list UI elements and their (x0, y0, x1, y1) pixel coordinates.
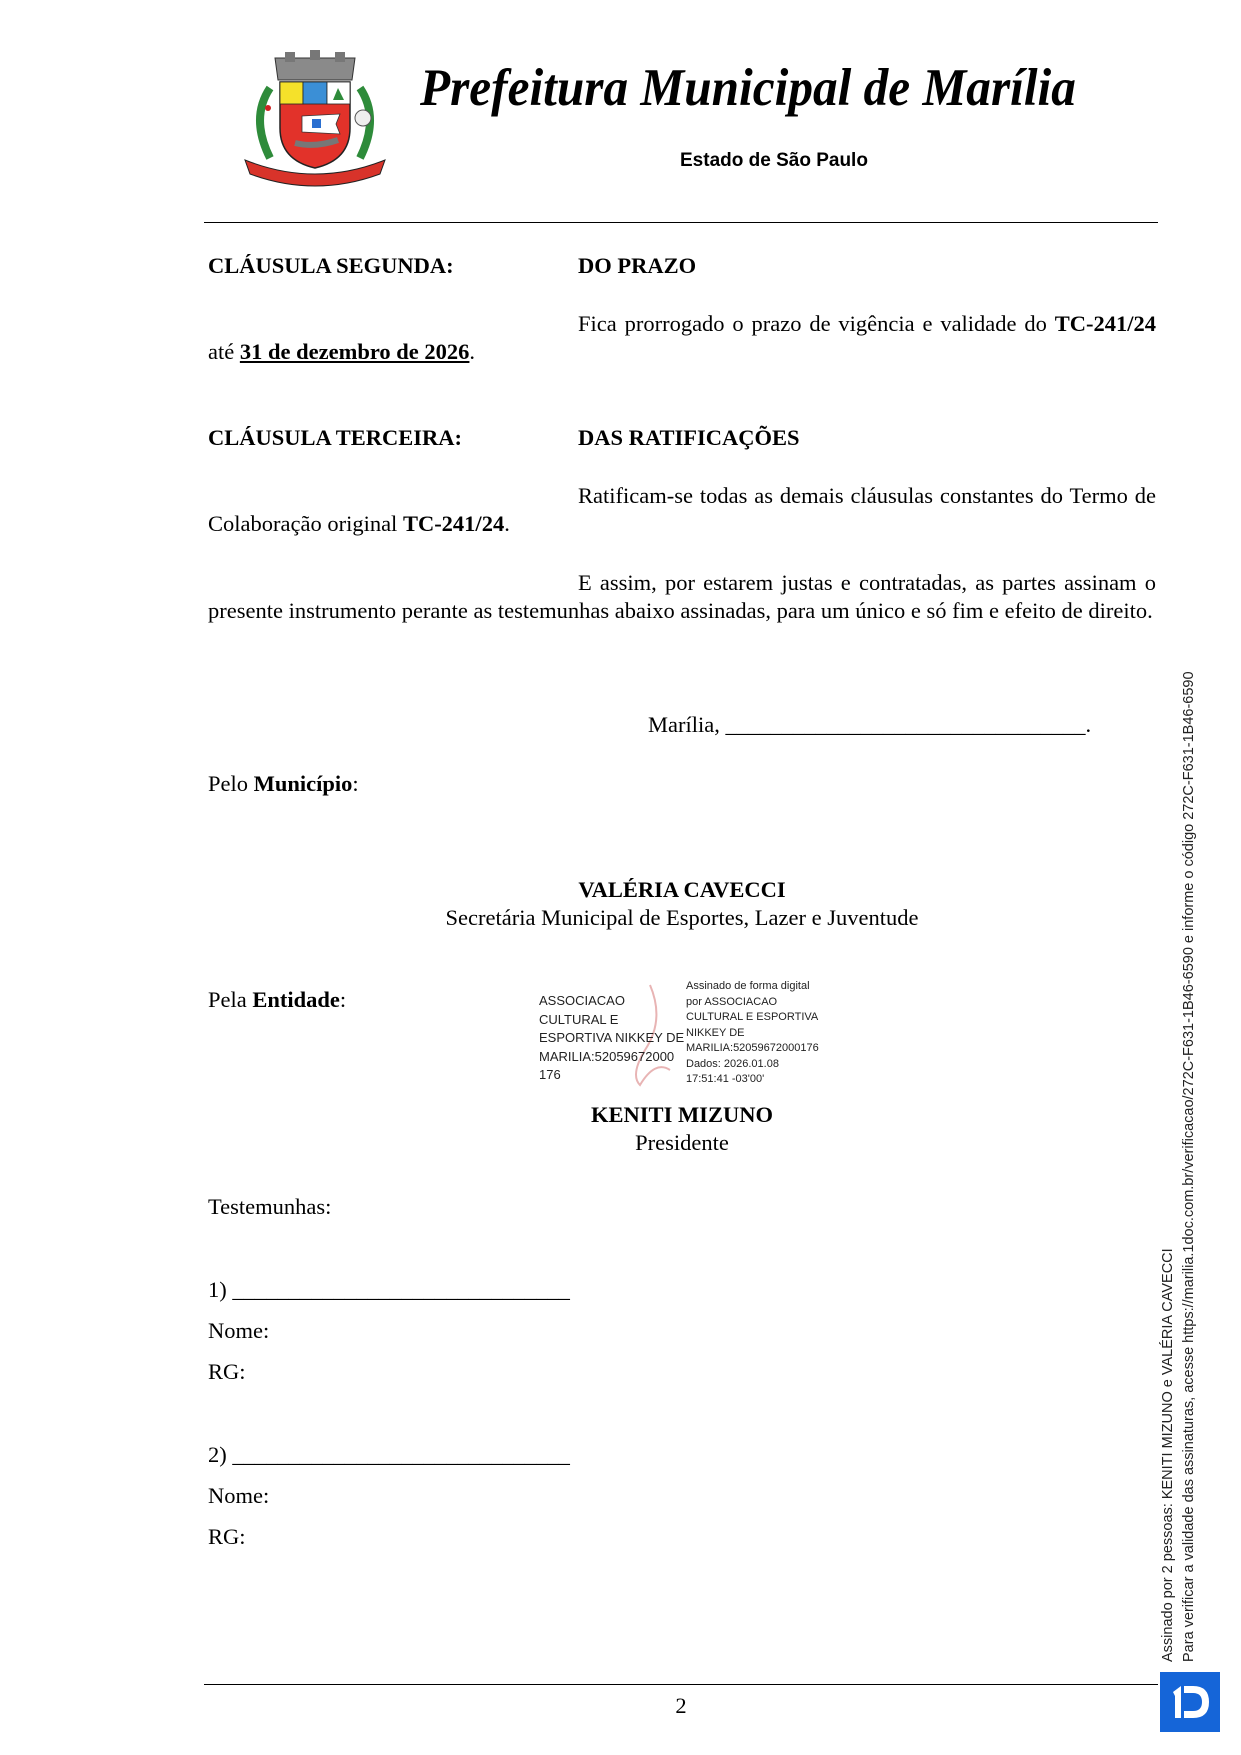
clause-3-text-end: . (504, 511, 510, 536)
witness-number: 1) (208, 1277, 227, 1302)
signature-verification-line-2[interactable]: Para verificar a validade das assinatura… (1181, 671, 1197, 1662)
sig-right-line: Assinado de forma digital (686, 979, 819, 995)
clause-2-text: Fica prorrogado o prazo de vigência e va… (208, 310, 1156, 366)
sig-right-line: por ASSOCIACAO (686, 995, 819, 1011)
entidade-signer-role: Presidente (208, 1129, 1156, 1157)
place-date-line: Marília, _______________________________… (648, 711, 1091, 739)
place-date-end: . (1085, 712, 1091, 737)
1doc-logo-badge[interactable] (1160, 1672, 1220, 1732)
sig-right-line: MARILIA:52059672000176 (686, 1041, 819, 1057)
signature-right-text: Assinado de forma digital por ASSOCIACAO… (686, 979, 819, 1088)
clause-3-text-start: Ratificam-se todas as demais cláusulas c… (208, 483, 1156, 536)
clause-2-heading: DO PRAZO (578, 252, 696, 280)
page-number: 2 (204, 1692, 1158, 1720)
sig-left-line: ASSOCIACAO (539, 992, 684, 1011)
witness-line: ______________________________ (232, 1277, 570, 1302)
entidade-word: Entidade (252, 987, 340, 1012)
witness-2-rg-label: RG: (208, 1523, 246, 1551)
page-subtitle: Estado de São Paulo (680, 150, 868, 172)
municipio-suffix: : (352, 771, 358, 796)
clause-3-text: Ratificam-se todas as demais cláusulas c… (208, 482, 1156, 538)
contract-reference: TC-241/24 (1055, 311, 1156, 336)
clause-2-label: CLÁUSULA SEGUNDA: (208, 252, 454, 280)
witness-line: ______________________________ (232, 1442, 570, 1467)
signature-left-text: ASSOCIACAO CULTURAL E ESPORTIVA NIKKEY D… (539, 992, 684, 1085)
entidade-suffix: : (340, 987, 346, 1012)
footer-divider (204, 1684, 1158, 1685)
contract-reference: TC-241/24 (403, 511, 504, 536)
sig-left-line: MARILIA:52059672000 (539, 1048, 684, 1067)
place-label: Marília, (648, 712, 720, 737)
witness-1-signature-line: 1) ______________________________ (208, 1276, 570, 1304)
witness-2-signature-line: 2) ______________________________ (208, 1441, 570, 1469)
sig-right-line: 17:51:41 -03'00' (686, 1072, 819, 1088)
signature-verification-line-1: Assinado por 2 pessoas: KENITI MIZUNO e … (1160, 1248, 1176, 1662)
sig-right-line: Dados: 2026.01.08 (686, 1057, 819, 1073)
date-blank: ________________________________ (725, 712, 1085, 737)
header-divider (204, 222, 1158, 223)
entidade-label: Pela Entidade: (208, 986, 346, 1014)
entidade-prefix: Pela (208, 987, 252, 1012)
witness-1-rg-label: RG: (208, 1358, 246, 1386)
sig-left-line: ESPORTIVA NIKKEY DE (539, 1029, 684, 1048)
municipio-signer-role: Secretária Municipal de Esportes, Lazer … (208, 904, 1156, 932)
municipio-prefix: Pelo (208, 771, 254, 796)
sig-right-line: NIKKEY DE (686, 1026, 819, 1042)
new-deadline-date: 31 de dezembro de 2026 (240, 339, 470, 364)
clause-2-text-end: . (469, 339, 475, 364)
witness-1-name-label: Nome: (208, 1317, 269, 1345)
closing-paragraph: E assim, por estarem justas e contratada… (208, 569, 1156, 625)
witness-2-name-label: Nome: (208, 1482, 269, 1510)
municipio-signer-name: VALÉRIA CAVECCI (208, 876, 1156, 904)
municipio-label: Pelo Município: (208, 770, 359, 798)
clause-2-text-start: Fica prorrogado o prazo de vigência e va… (578, 311, 1055, 336)
sig-right-line: CULTURAL E ESPORTIVA (686, 1010, 819, 1026)
clause-2-text-mid: até (208, 339, 240, 364)
sig-left-line: 176 (539, 1066, 684, 1085)
witness-number: 2) (208, 1442, 227, 1467)
witnesses-title: Testemunhas: (208, 1193, 331, 1221)
entidade-signer-name: KENITI MIZUNO (208, 1101, 1156, 1129)
clause-3-label: CLÁUSULA TERCEIRA: (208, 424, 462, 452)
clause-3-heading: DAS RATIFICAÇÕES (578, 424, 800, 452)
page-title: Prefeitura Municipal de Marília (420, 58, 1076, 118)
sig-left-line: CULTURAL E (539, 1011, 684, 1030)
coat-of-arms-icon (240, 48, 390, 188)
1doc-logo-icon (1169, 1684, 1211, 1720)
municipio-word: Município (254, 771, 353, 796)
digital-signature-stamp: ASSOCIACAO CULTURAL E ESPORTIVA NIKKEY D… (535, 980, 835, 1100)
